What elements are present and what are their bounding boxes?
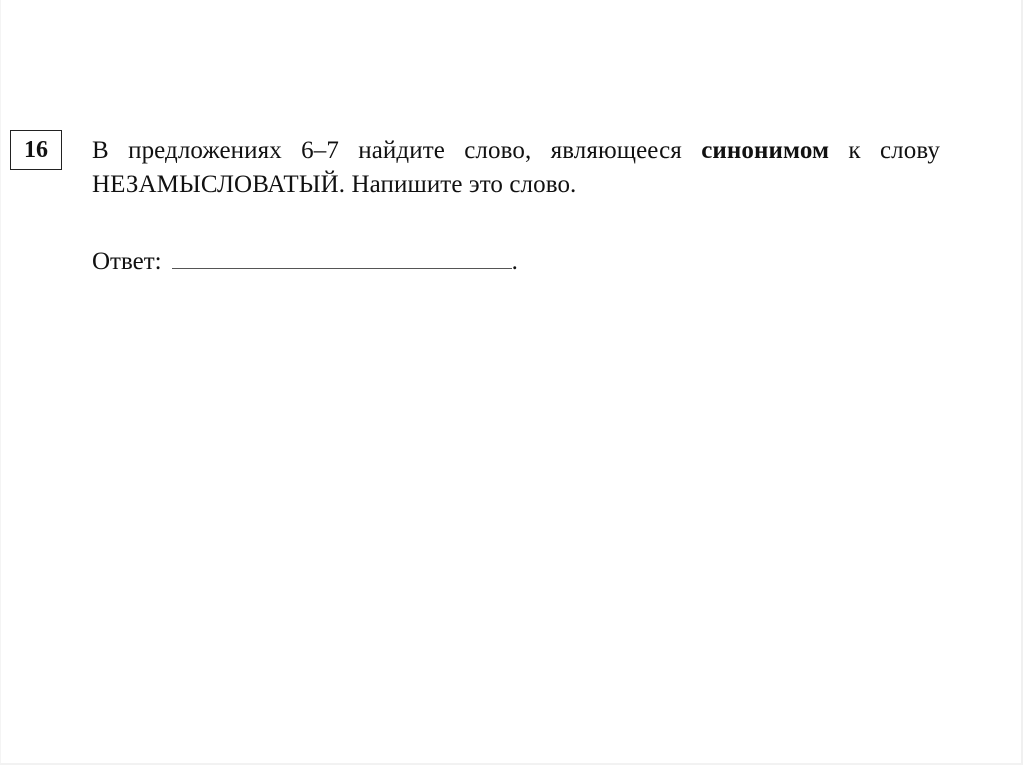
answer-label: Ответ:	[92, 245, 162, 279]
task-prompt: В предложениях 6–7 найдите слово, являющ…	[92, 134, 940, 202]
emphasis-synonym: синонимом	[701, 137, 829, 164]
answer-field[interactable]	[172, 242, 512, 269]
task-prompt-line-2: НЕЗАМЫСЛОВАТЫЙ. Напишите это слово.	[92, 171, 576, 198]
answer-row: Ответ: .	[92, 242, 518, 279]
task-prompt-line-1: В предложениях 6–7 найдите слово, являющ…	[92, 134, 940, 168]
task-number: 16	[24, 137, 48, 164]
page	[0, 0, 1023, 765]
task-number-box: 16	[10, 130, 62, 170]
answer-period: .	[512, 245, 518, 279]
